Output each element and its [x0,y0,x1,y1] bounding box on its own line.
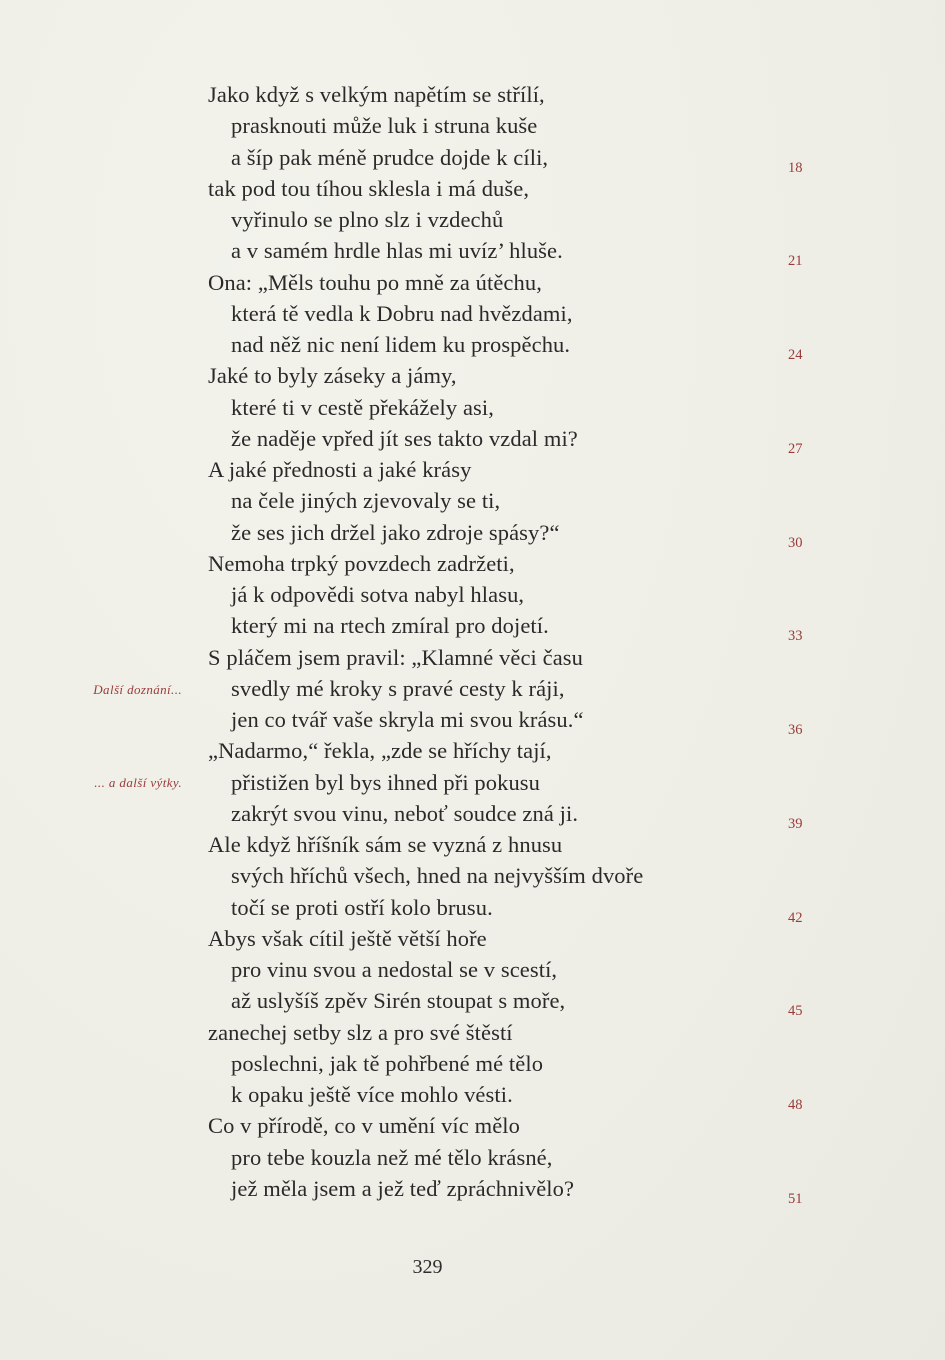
verse-line: k opaku ještě více mohlo vésti. [208,1079,768,1110]
line-number: 27 [788,439,818,459]
verse-line: tak pod tou tíhou sklesla i má duše, [208,173,768,204]
margin-note: ... a další výtky. [94,773,182,793]
page-number: 329 [0,1256,855,1279]
verse-line: Jako když s velkým napětím se střílí, [208,79,768,110]
verse-line: zakrýt svou vinu, neboť soudce zná ji. [208,798,768,829]
verse-line: svých hříchů všech, hned na nejvyšším dv… [208,860,768,891]
line-number: 33 [788,626,818,646]
verse-line: až uslyšíš zpěv Sirén stoupat s moře, [208,985,768,1016]
verse-line: svedly mé kroky s pravé cesty k ráji, [208,673,768,704]
line-number: 36 [788,720,818,740]
verse-line: Abys však cítil ještě větší hoře [208,923,768,954]
verse-line: přistižen byl bys ihned při pokusu [208,767,768,798]
line-number: 48 [788,1095,818,1115]
verse-line: prasknouti může luk i struna kuše [208,110,768,141]
verse-line: zanechej setby slz a pro své štěstí [208,1017,768,1048]
verse-line: „Nadarmo,“ řekla, „zde se hříchy tají, [208,735,768,766]
verse-line: Co v přírodě, co v umění víc mělo [208,1110,768,1141]
verse-line: poslechni, jak tě pohřbené mé tělo [208,1048,768,1079]
verse-line: která tě vedla k Dobru nad hvězdami, [208,298,768,329]
margin-note: Další doznání... [93,680,182,700]
verse-line: na čele jiných zjevovaly se ti, [208,485,768,516]
line-number: 51 [788,1189,818,1209]
verse-line: já k odpovědi sotva nabyl hlasu, [208,579,768,610]
verse-line: A jaké přednosti a jaké krásy [208,454,768,485]
verse-line: S pláčem jsem pravil: „Klamné věci času [208,642,768,673]
verse-line: vyřinulo se plno slz i vzdechů [208,204,768,235]
verse-line: které ti v cestě překážely asi, [208,392,768,423]
verse-line: nad něž nic není lidem ku prospěchu. [208,329,768,360]
verse-line: Ale když hříšník sám se vyzná z hnusu [208,829,768,860]
line-number: 21 [788,251,818,271]
verse-line: pro vinu svou a nedostal se v scestí, [208,954,768,985]
verse-line: Nemoha trpký povzdech zadržeti, [208,548,768,579]
verse-line: který mi na rtech zmíral pro dojetí. [208,610,768,641]
verse-line: pro tebe kouzla než mé tělo krásné, [208,1142,768,1173]
verse-line: jen co tvář vaše skryla mi svou krásu.“ [208,704,768,735]
verse-line: a v samém hrdle hlas mi uvíz’ hluše. [208,235,768,266]
line-number: 39 [788,814,818,834]
verse-line: že ses jich držel jako zdroje spásy?“ [208,517,768,548]
verse-line: jež měla jsem a jež teď zpráchnivělo? [208,1173,768,1204]
verse-line: točí se proti ostří kolo brusu. [208,892,768,923]
line-number: 24 [788,345,818,365]
line-number: 18 [788,158,818,178]
line-number: 45 [788,1001,818,1021]
book-page: Jako když s velkým napětím se střílí,pra… [0,0,945,1360]
verse-line: a šíp pak méně prudce dojde k cíli, [208,142,768,173]
verse-line: že naděje vpřed jít ses takto vzdal mi? [208,423,768,454]
verse-line: Ona: „Měls touhu po mně za útěchu, [208,267,768,298]
poem-text: Jako když s velkým napětím se střílí,pra… [208,79,768,1204]
line-number: 30 [788,533,818,553]
line-number: 42 [788,908,818,928]
verse-line: Jaké to byly záseky a jámy, [208,360,768,391]
